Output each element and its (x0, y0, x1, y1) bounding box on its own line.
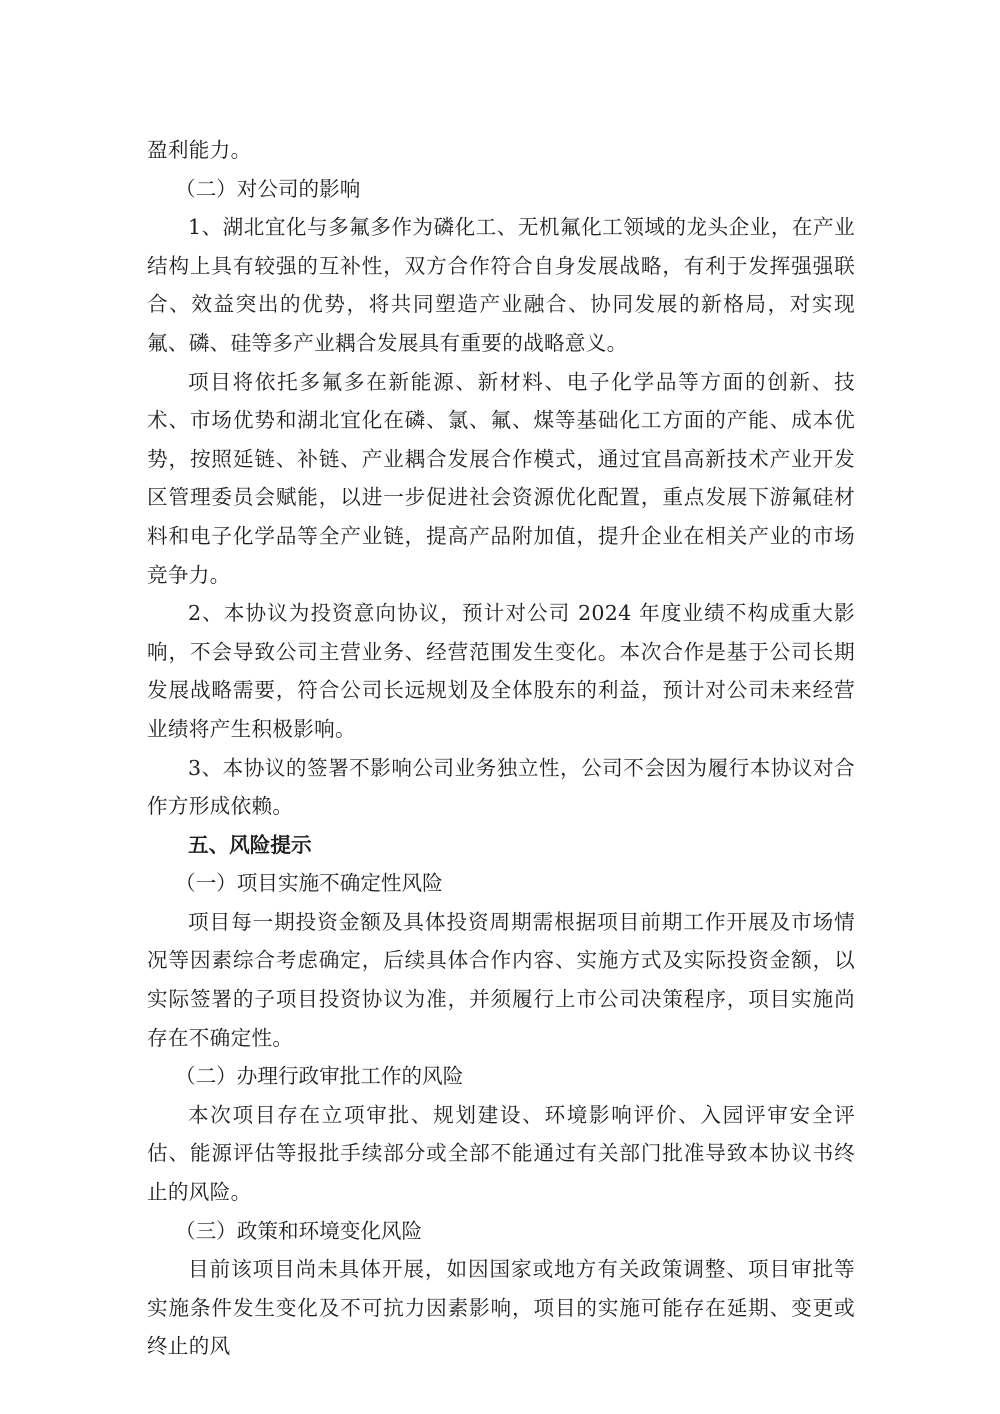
subsection-heading: （二）办理行政审批工作的风险 (147, 1057, 855, 1096)
paragraph: 1、湖北宜化与多氟多作为磷化工、无机氟化工领域的龙头企业，在产业结构上具有较强的… (147, 208, 855, 362)
paragraph: 3、本协议的签署不影响公司业务独立性，公司不会因为履行本协议对合作方形成依赖。 (147, 749, 855, 826)
paragraph: 本次项目存在立项审批、规划建设、环境影响评价、入园评审安全评估、能源评估等报批手… (147, 1096, 855, 1212)
section-heading-risk: 五、风险提示 (147, 826, 855, 865)
continuation-text: 盈利能力。 (147, 131, 855, 170)
subsection-heading: （三）政策和环境变化风险 (147, 1212, 855, 1251)
paragraph: 项目将依托多氟多在新能源、新材料、电子化学品等方面的创新、技术、市场优势和湖北宜… (147, 363, 855, 595)
subsection-heading: （一）项目实施不确定性风险 (147, 864, 855, 903)
document-page: 盈利能力。 （二）对公司的影响 1、湖北宜化与多氟多作为磷化工、无机氟化工领域的… (147, 131, 855, 1366)
paragraph: 2、本协议为投资意向协议，预计对公司 2024 年度业绩不构成重大影响，不会导致… (147, 594, 855, 748)
paragraph: 目前该项目尚未具体开展，如因国家或地方有关政策调整、项目审批等实施条件发生变化及… (147, 1250, 855, 1366)
paragraph: 项目每一期投资金额及具体投资周期需根据项目前期工作开展及市场情况等因素综合考虑确… (147, 903, 855, 1057)
section-heading-impact: （二）对公司的影响 (147, 170, 855, 209)
